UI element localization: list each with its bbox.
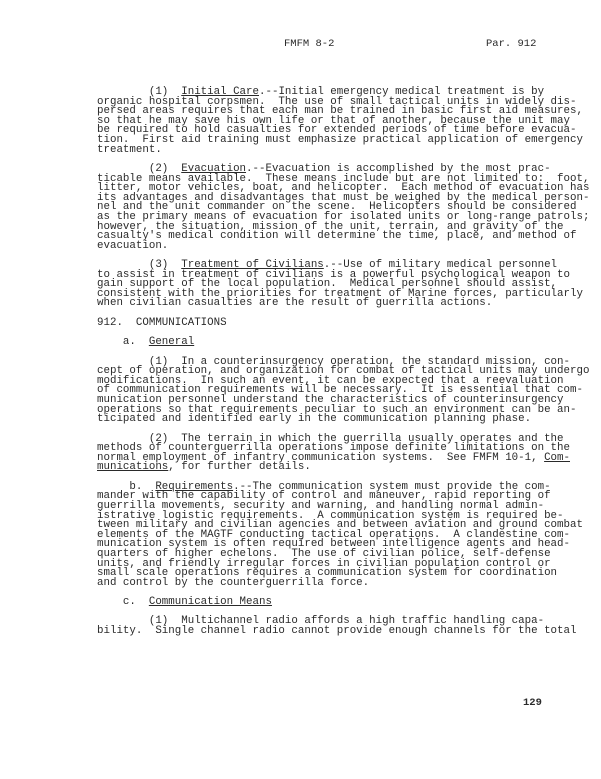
document-body: (1) Initial Care.--Initial emergency med… — [97, 88, 557, 637]
paragraph: (2) The terrain in which the guerrilla u… — [97, 435, 557, 473]
text-line: when civilian casualties are the result … — [97, 299, 557, 309]
paragraph: a. General — [97, 338, 557, 348]
paragraph: b. Requirements.--The communication syst… — [97, 483, 557, 589]
document-id: FMFM 8-2 — [284, 38, 334, 50]
text-line: 912. COMMUNICATIONS — [97, 319, 557, 329]
paragraph: (1) Initial Care.--Initial emergency med… — [97, 88, 557, 155]
paragraph: (1) Multichannel radio affords a high tr… — [97, 617, 557, 636]
text-line: bility. Single channel radio cannot prov… — [97, 627, 557, 637]
underlined-heading: Communication Means — [149, 596, 272, 608]
paragraph: (3) Treatment of Civilians.--Use of mili… — [97, 261, 557, 309]
underlined-heading: Com- — [544, 452, 570, 464]
page-number: 129 — [523, 697, 542, 709]
paragraph: (1) In a counterinsurgency operation, th… — [97, 358, 557, 425]
text-line: ticipated and identified early in the co… — [97, 415, 557, 425]
underlined-heading: General — [149, 336, 194, 348]
paragraph: c. Communication Means — [97, 598, 557, 608]
paragraph: (2) Evacuation.--Evacuation is accomplis… — [97, 165, 557, 251]
text-line: and control by the counterguerrilla forc… — [97, 579, 557, 589]
underlined-heading: munications — [97, 461, 168, 473]
text-line: a. General — [97, 338, 557, 348]
text-line: evacuation. — [97, 242, 557, 252]
paragraph: 912. COMMUNICATIONS — [97, 319, 557, 329]
text-line: munications, for further details. — [97, 463, 557, 473]
text-line: c. Communication Means — [97, 598, 557, 608]
text-line: tion. First aid training must emphasize … — [97, 136, 557, 146]
text-line: treatment. — [97, 146, 557, 156]
paragraph-reference: Par. 912 — [486, 38, 536, 50]
